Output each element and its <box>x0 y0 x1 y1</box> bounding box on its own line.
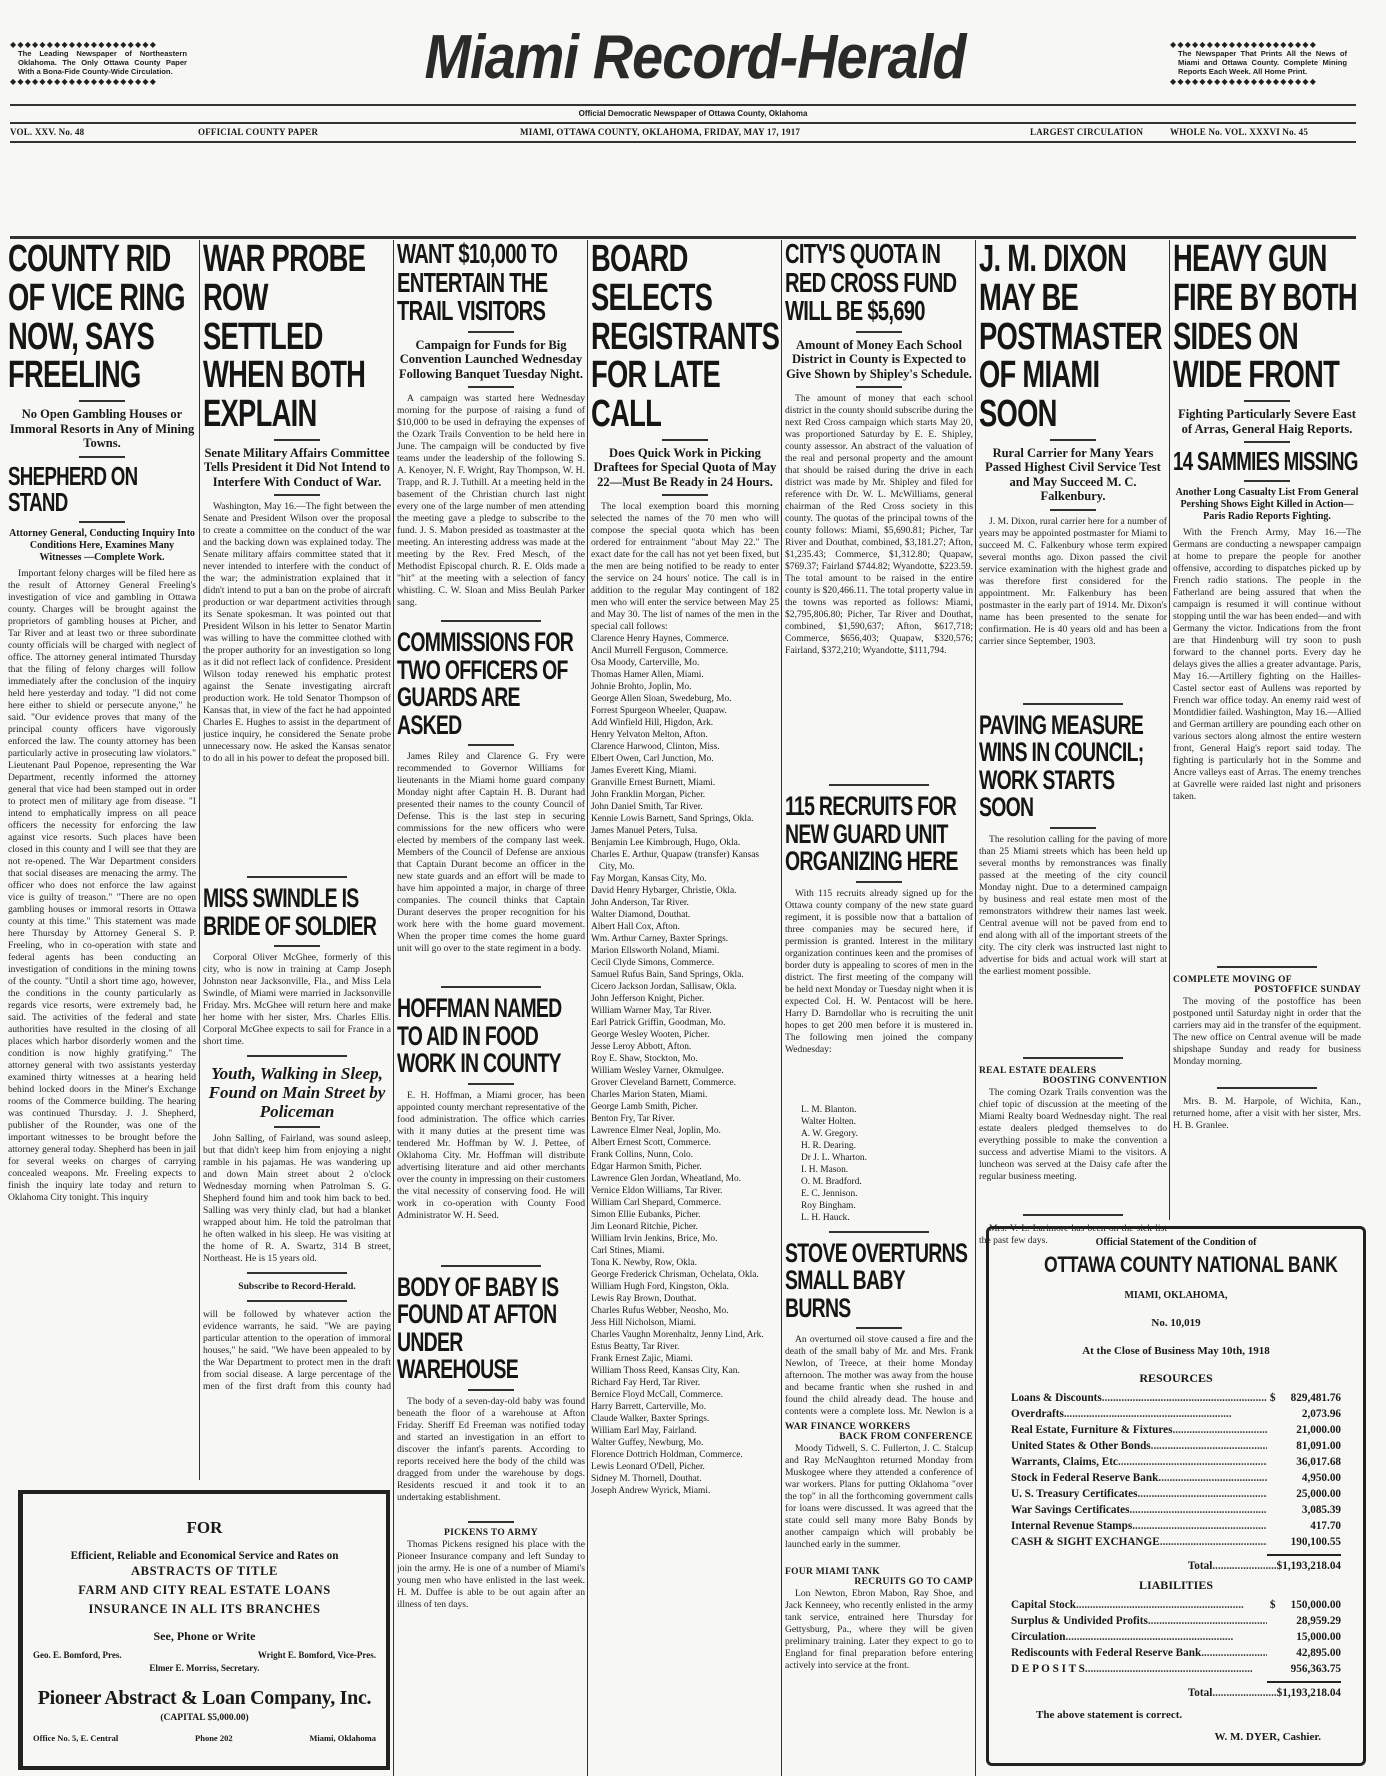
row-currency <box>1267 1613 1275 1629</box>
article-body: J. M. Dixon, rural carrier here for a nu… <box>979 516 1167 696</box>
subhead-line: Recruits Go to Camp <box>785 1577 973 1587</box>
article-body: With the French Army, May 16.—The German… <box>1173 527 1361 959</box>
list-item: William Earl May, Fairland. <box>591 1425 779 1437</box>
deck: No Open Gambling Houses or Immoral Resor… <box>8 407 196 451</box>
headline: Heavy Gun Fire by Both Sides on Wide Fro… <box>1173 240 1362 395</box>
paragraph: The resolution calling for the paving of… <box>979 834 1167 978</box>
article-body: The resolution calling for the paving of… <box>979 834 1167 1050</box>
divider <box>1217 1087 1317 1089</box>
list-item: Frank Ernest Zajic, Miami. <box>591 1353 779 1365</box>
list-item: William Wesley Varner, Okmulgee. <box>591 1065 779 1077</box>
list-item: O. M. Bradford. <box>801 1176 973 1188</box>
row-label: U. S. Treasury Certificates.............… <box>1011 1486 1267 1502</box>
list-item: L. H. Hauck. <box>801 1212 973 1224</box>
row-label: Surplus & Undivided Profits.............… <box>1011 1613 1267 1629</box>
subheadline: Shepherd on Stand <box>8 463 197 516</box>
list-item: Albert Ernest Scott, Commerce. <box>591 1137 779 1149</box>
deck: Attorney General, Conducting Inquiry Int… <box>8 528 196 564</box>
divider <box>829 784 929 786</box>
column-rule <box>1169 240 1170 1220</box>
liabilities-total: Total.......................$1,193,218.0… <box>1011 1687 1341 1699</box>
subheadline: 14 Sammies Missing <box>1173 448 1362 475</box>
divider <box>274 945 320 947</box>
article-body: The body of a seven-day-old baby was fou… <box>397 1396 585 1516</box>
row-label: Circulation.............................… <box>1011 1629 1267 1645</box>
bank-statement: Official Statement of the Condition of O… <box>986 1226 1366 1766</box>
deck: Does Quick Work in Picking Draftees for … <box>591 446 779 490</box>
diamond-border-icon: ◆◆◆◆◆◆◆◆◆◆◆◆◆◆◆◆◆◆◆◆ <box>10 77 195 86</box>
row-currency <box>1267 1406 1275 1422</box>
deck: Amount of Money Each School District in … <box>785 338 973 382</box>
divider <box>10 122 1356 124</box>
divider <box>856 386 902 388</box>
statement-row: Surplus & Undivided Profits.............… <box>1011 1613 1341 1629</box>
statement-row: U. S. Treasury Certificates.............… <box>1011 1486 1341 1502</box>
pioneer-abstract-ad: FOR Efficient, Reliable and Economical S… <box>18 1490 390 1770</box>
list-item: Ancil Murrell Ferguson, Commerce. <box>591 645 779 657</box>
paragraph: Important felony charges will be filed h… <box>8 568 196 1204</box>
leader-dots: ....................... <box>1212 1687 1276 1699</box>
row-label: United States & Other Bonds.............… <box>1011 1438 1267 1454</box>
divider <box>247 1055 347 1057</box>
row-value: 28,959.29 <box>1275 1613 1341 1629</box>
list-item: Bernice Floyd McCall, Commerce. <box>591 1389 779 1401</box>
paragraph: The amount of money that each school dis… <box>785 393 973 657</box>
list-item: L. M. Blanton. <box>801 1104 973 1116</box>
row-label: Internal Revenue Stamps.................… <box>1011 1518 1267 1534</box>
paragraph: Thomas Pickens resigned his place with t… <box>397 1539 585 1611</box>
deck: Fighting Particularly Severe East of Arr… <box>1173 407 1361 436</box>
bank-location: MIAMI, OKLAHOMA, <box>1011 1290 1341 1301</box>
article-body: Corporal Oliver McGhee, formerly of this… <box>203 952 391 1048</box>
divider <box>247 876 347 878</box>
divider <box>1217 966 1317 968</box>
headline: Board Selects Registrants for Late Call <box>591 240 780 434</box>
masthead: ◆◆◆◆◆◆◆◆◆◆◆◆◆◆◆◆◆◆◆◆ The Leading Newspap… <box>0 0 1386 150</box>
right-ear-box: ◆◆◆◆◆◆◆◆◆◆◆◆◆◆◆◆◆◆◆◆ The Newspaper That … <box>1170 40 1355 86</box>
divider <box>1023 1057 1123 1059</box>
row-value: 25,000.00 <box>1275 1486 1341 1502</box>
divider <box>1267 1681 1341 1683</box>
paragraph: An overturned oil stove caused a fire an… <box>785 1334 973 1418</box>
row-value: 42,895.00 <box>1275 1645 1341 1661</box>
article-board-selects: Board Selects Registrants for Late Call … <box>591 240 779 1633</box>
ad-office: Office No. 5, E. Central <box>33 1733 118 1743</box>
headline: Stove Overturns Small Baby Burns <box>785 1240 974 1323</box>
list-item: Richard Fay Herd, Tar River. <box>591 1377 779 1389</box>
resources-table: Loans & Discounts.......................… <box>1011 1390 1341 1550</box>
divider <box>247 1272 347 1274</box>
list-item: FARM AND CITY REAL ESTATE LOANS <box>31 1581 378 1600</box>
paragraph: The local exemption board this morning s… <box>591 501 779 633</box>
deck: Campaign for Funds for Big Convention La… <box>397 338 585 382</box>
divider <box>468 1521 514 1523</box>
headline: County Rid of Vice Ring Now, Says Freeli… <box>8 240 197 395</box>
headline: City's Quota in Red Cross Fund Will Be $… <box>785 240 974 326</box>
divider <box>441 1265 541 1267</box>
row-currency <box>1267 1518 1275 1534</box>
row-currency <box>1267 1454 1275 1470</box>
statement-row: Overdrafts..............................… <box>1011 1406 1341 1422</box>
subheadline: Complete Moving ofPostoffice Sunday <box>1173 975 1361 995</box>
subheadline: Real Estate DealersBoosting Convention <box>979 1066 1167 1086</box>
column-rule <box>587 240 588 1776</box>
list-item: William Thoss Reed, Kansas City, Kan. <box>591 1365 779 1377</box>
row-currency <box>1267 1486 1275 1502</box>
article-body: With 115 recruits already signed up for … <box>785 888 973 1104</box>
divider <box>10 104 1356 106</box>
list-item: Grover Cleveland Barnett, Commerce. <box>591 1077 779 1089</box>
list-item: Carl Stines, Miami. <box>591 1245 779 1257</box>
divider <box>79 400 125 402</box>
subhead-line: Four Miami Tank <box>785 1567 880 1577</box>
list-item: George Allen Sloan, Swedeburg, Mo. <box>591 693 779 705</box>
list-item: William Hugh Ford, Kingston, Okla. <box>591 1281 779 1293</box>
statement-row: Rediscounts with Federal Reserve Bank...… <box>1011 1645 1341 1661</box>
article-body: The coming Ozark Trails convention was t… <box>979 1087 1167 1207</box>
ad-phone: Phone 202 <box>195 1733 233 1743</box>
list-item: John Anderson, Tar River. <box>591 897 779 909</box>
list-item: Estus Beatty, Tar River. <box>591 1341 779 1353</box>
article-body: Mrs. B. M. Harpole, of Wichita, Kan., re… <box>1173 1096 1361 1132</box>
list-item: A. W. Gregory. <box>801 1128 973 1140</box>
headline: Paving Measure Wins in Council; Work Sta… <box>979 712 1168 822</box>
paragraph: will be followed by whatever action the … <box>203 1309 391 1393</box>
divider <box>829 1231 929 1233</box>
column-rule <box>199 240 200 1480</box>
list-item: Fay Morgan, Kansas City, Mo. <box>591 873 779 885</box>
paragraph: The body of a seven-day-old baby was fou… <box>397 1396 585 1504</box>
headline: War Probe Row Settled When Both Explain <box>203 240 392 434</box>
list-item: William Carl Shepard, Commerce. <box>591 1197 779 1209</box>
largest-circulation: LARGEST CIRCULATION <box>1030 127 1143 137</box>
statement-row: Internal Revenue Stamps.................… <box>1011 1518 1341 1534</box>
subheadline: Four Miami TankRecruits Go to Camp <box>785 1567 973 1587</box>
article-body: A campaign was started here Wednesday mo… <box>397 393 585 613</box>
total-value: $1,193,218.04 <box>1277 1560 1341 1572</box>
divider <box>1244 480 1290 482</box>
list-item: Harry Barrett, Carterville, Mo. <box>591 1401 779 1413</box>
list-item: Vernice Eldon Williams, Tar River. <box>591 1185 779 1197</box>
divider <box>1023 703 1123 705</box>
divider <box>1267 1554 1341 1556</box>
row-currency <box>1267 1645 1275 1661</box>
list-item: Johnie Brohto, Joplin, Mo. <box>591 681 779 693</box>
list-item: Benjamin Lee Kimbrough, Hugo, Okla. <box>591 837 779 849</box>
list-item: H. R. Dearing. <box>801 1140 973 1152</box>
list-item: Samuel Rufus Bain, Sand Springs, Okla. <box>591 969 779 981</box>
subhead-line: Real Estate Dealers <box>979 1066 1096 1076</box>
list-item: Charles Rufus Webber, Neosho, Mo. <box>591 1305 779 1317</box>
banner-wrapper: HINDENBURG ABOUT READY TO OPEN DRIVE <box>0 160 1386 236</box>
column-rule <box>393 240 394 1776</box>
divider <box>274 439 320 441</box>
article-dixon: J. M. Dixon May Be Postmaster of Miami S… <box>979 240 1167 1247</box>
right-ear-text: The Newspaper That Prints All the News o… <box>1170 49 1355 77</box>
row-value: 150,000.00 <box>1275 1597 1341 1613</box>
divider <box>1244 400 1290 402</box>
paragraph: The coming Ozark Trails convention was t… <box>979 1087 1167 1183</box>
headline: Want $10,000 to Entertain the Trail Visi… <box>397 240 586 326</box>
list-item: William Warner May, Tar River. <box>591 1005 779 1017</box>
column-rule <box>975 240 976 1776</box>
article-heavy-gun-fire: Heavy Gun Fire by Both Sides on Wide Fro… <box>1173 240 1361 1132</box>
list-item: Walter Holten. <box>801 1116 973 1128</box>
paragraph: Lon Newton, Ebron Mabon, Ray Shoe, and J… <box>785 1588 973 1672</box>
total-value: $1,193,218.04 <box>1277 1687 1341 1699</box>
row-label: Real Estate, Furniture & Fixtures.......… <box>1011 1422 1267 1438</box>
paragraph: John Salling, of Fairland, was sound asl… <box>203 1133 391 1265</box>
list-item: Tona K. Newby, Row, Okla. <box>591 1257 779 1269</box>
divider <box>468 1389 514 1391</box>
list-item: James Manuel Peters, Tulsa. <box>591 825 779 837</box>
list-item: Cicero Jackson Jordan, Sallisaw, Okla. <box>591 981 779 993</box>
divider <box>247 1300 347 1302</box>
deck: Senate Military Affairs Committee Tells … <box>203 446 391 490</box>
list-item: Albert Hall Cox, Afton. <box>591 921 779 933</box>
bank-intro: Official Statement of the Condition of <box>1011 1237 1341 1248</box>
list-item: Claude Walker, Baxter Springs. <box>591 1413 779 1425</box>
ad-intro: Efficient, Reliable and Economical Servi… <box>31 1550 378 1562</box>
list-item: Walter Guffey, Newburg, Mo. <box>591 1437 779 1449</box>
row-value: 417.70 <box>1275 1518 1341 1534</box>
divider <box>441 986 541 988</box>
divider <box>1050 509 1096 511</box>
row-label: Warrants, Claims, Etc...................… <box>1011 1454 1267 1470</box>
subhead-line: War Finance Workers <box>785 1422 910 1432</box>
row-label: War Savings Certificates................… <box>1011 1502 1267 1518</box>
row-label: CASH & SIGHT EXCHANGE...................… <box>1011 1534 1267 1550</box>
divider <box>79 456 125 458</box>
total-label: Total <box>1188 1560 1212 1572</box>
ad-capital: (CAPITAL $5,000.00) <box>31 1713 378 1723</box>
article-red-cross: City's Quota in Red Cross Fund Will Be $… <box>785 240 973 1684</box>
article-vice-ring: County Rid of Vice Ring Now, Says Freeli… <box>8 240 196 1488</box>
divider <box>1050 439 1096 441</box>
article-body: Thomas Pickens resigned his place with t… <box>397 1539 585 1635</box>
ad-secretary: Elmer E. Morriss, Secretary. <box>31 1663 378 1673</box>
divider <box>856 881 902 883</box>
row-value: 4,950.00 <box>1275 1470 1341 1486</box>
bank-signature: W. M. DYER, Cashier. <box>1011 1731 1341 1743</box>
list-item: Cecil Clyde Simons, Commerce. <box>591 957 779 969</box>
list-item: David Henry Hybarger, Christie, Okla. <box>591 885 779 897</box>
list-item: Forrest Spurgeon Wheeler, Quapaw. <box>591 705 779 717</box>
diamond-border-icon: ◆◆◆◆◆◆◆◆◆◆◆◆◆◆◆◆◆◆◆◆ <box>10 40 195 49</box>
list-item: Clarence Henry Haynes, Commerce. <box>591 633 779 645</box>
ad-officers: Geo. E. Bomford, Pres. Wright E. Bomford… <box>31 1650 378 1660</box>
article-body: The moving of the postoffice has been po… <box>1173 996 1361 1080</box>
total-label: Total <box>1188 1687 1212 1699</box>
date-line: MIAMI, OTTAWA COUNTY, OKLAHOMA, FRIDAY, … <box>520 127 800 137</box>
row-currency <box>1267 1438 1275 1454</box>
subhead-line: Back From Conference <box>785 1432 973 1442</box>
row-label: Overdrafts..............................… <box>1011 1406 1267 1422</box>
divider <box>1023 1214 1123 1216</box>
list-item: George Lamb Smith, Picher. <box>591 1101 779 1113</box>
paragraph: A campaign was started here Wednesday mo… <box>397 393 585 609</box>
row-label: Stock in Federal Reserve Bank...........… <box>1011 1470 1267 1486</box>
resources-total: Total.......................$1,193,218.0… <box>1011 1560 1341 1572</box>
divider <box>274 494 320 496</box>
statement-row: D E P O S I T S.........................… <box>1011 1661 1341 1677</box>
row-label: Capital Stock...........................… <box>1011 1597 1267 1613</box>
row-currency <box>1267 1422 1275 1438</box>
deck: Rural Carrier for Many Years Passed High… <box>979 446 1167 504</box>
row-value: 15,000.00 <box>1275 1629 1341 1645</box>
list-item: John Franklin Morgan, Picher. <box>591 789 779 801</box>
leader-dots: ....................... <box>1212 1560 1276 1572</box>
list-item: Jess Hill Nicholson, Miami. <box>591 1317 779 1329</box>
row-currency <box>1267 1470 1275 1486</box>
article-body: Lon Newton, Ebron Mabon, Ray Shoe, and J… <box>785 1588 973 1684</box>
list-item: Roy Bingham. <box>801 1200 973 1212</box>
list-item: Edgar Harmon Smith, Picher. <box>591 1161 779 1173</box>
row-label: D E P O S I T S.........................… <box>1011 1661 1267 1677</box>
article-trail-visitors: Want $10,000 to Entertain the Trail Visi… <box>397 240 585 1635</box>
subhead-line: Complete Moving of <box>1173 975 1292 985</box>
list-item: William Irvin Jenkins, Brice, Mo. <box>591 1233 779 1245</box>
row-label: Loans & Discounts.......................… <box>1011 1390 1267 1406</box>
list-item: Dr J. L. Wharton. <box>801 1152 973 1164</box>
subscribe-notice: Subscribe to Record-Herald. <box>203 1281 391 1293</box>
list-item: Lawrence Elmer Neal, Joplin, Mo. <box>591 1125 779 1137</box>
row-value: 36,017.68 <box>1275 1454 1341 1470</box>
headline: Miss Swindle Is Bride of Soldier <box>203 885 392 940</box>
row-value: 2,073.96 <box>1275 1406 1341 1422</box>
divider <box>856 1327 902 1329</box>
divider <box>274 1126 320 1128</box>
list-item: John Jefferson Knight, Picher. <box>591 993 779 1005</box>
diamond-border-icon: ◆◆◆◆◆◆◆◆◆◆◆◆◆◆◆◆◆◆◆◆ <box>1170 40 1355 49</box>
recruit-list: L. M. Blanton.Walter Holten.A. W. Gregor… <box>785 1104 973 1224</box>
list-item: Jim Leonard Ritchie, Picher. <box>591 1221 779 1233</box>
list-item: George Wesley Wooten, Picher. <box>591 1029 779 1041</box>
bank-close-date: At the Close of Business May 10th, 1918 <box>1011 1345 1341 1357</box>
statement-row: War Savings Certificates................… <box>1011 1502 1341 1518</box>
list-item: Wm. Arthur Carney, Baxter Springs. <box>591 933 779 945</box>
paragraph: E. H. Hoffman, a Miami grocer, has been … <box>397 1090 585 1222</box>
headline: 115 Recruits for New Guard Unit Organizi… <box>785 793 974 876</box>
ad-see-phone-write: See, Phone or Write <box>31 1629 378 1644</box>
official-county-paper: OFFICIAL COUNTY PAPER <box>198 127 318 137</box>
list-item: Add Winfield Hill, Higdon, Ark. <box>591 717 779 729</box>
list-item: Clarence Harwood, Clinton, Miss. <box>591 741 779 753</box>
list-item: Simon Ellie Eubanks, Picher. <box>591 1209 779 1221</box>
paragraph: Mrs. B. M. Harpole, of Wichita, Kan., re… <box>1173 1096 1361 1132</box>
list-item: Joseph Andrew Wyrick, Miami. <box>591 1485 779 1497</box>
subhead-line: Boosting Convention <box>979 1076 1167 1086</box>
headline: Youth, Walking in Sleep, Found on Main S… <box>203 1064 391 1121</box>
bank-number: No. 10,019 <box>1011 1317 1341 1329</box>
list-item: Roy E. Shaw, Stockton, Mo. <box>591 1053 779 1065</box>
row-value: 956,363.75 <box>1275 1661 1341 1677</box>
article-body: E. H. Hoffman, a Miami grocer, has been … <box>397 1090 585 1258</box>
ad-city: Miami, Oklahoma <box>309 1733 376 1743</box>
list-item: Granville Ernest Burnett, Miami. <box>591 777 779 789</box>
list-item: Benton Fry, Tar River. <box>591 1113 779 1125</box>
list-item: George Frederick Chrisman, Ochelata, Okl… <box>591 1269 779 1281</box>
article-war-probe: War Probe Row Settled When Both Explain … <box>203 240 391 1393</box>
list-item: E. C. Jennison. <box>801 1188 973 1200</box>
bank-attest: The above statement is correct. <box>1011 1709 1341 1721</box>
statement-row: Circulation.............................… <box>1011 1629 1341 1645</box>
list-item: I. H. Mason. <box>801 1164 973 1176</box>
draftee-list: Clarence Henry Haynes, Commerce.Ancil Mu… <box>591 633 779 1633</box>
ad-footer: Office No. 5, E. Central Phone 202 Miami… <box>31 1733 378 1743</box>
divider <box>468 744 514 746</box>
paragraph: With 115 recruits already signed up for … <box>785 888 973 1056</box>
divider <box>441 620 541 622</box>
list-item: ABSTRACTS OF TITLE <box>31 1562 378 1581</box>
row-value: 81,091.00 <box>1275 1438 1341 1454</box>
divider <box>856 331 902 333</box>
headline: Body of Baby Is Found at Afton Under War… <box>397 1274 586 1384</box>
divider <box>468 1083 514 1085</box>
subheadline: Pickens to Army <box>397 1528 585 1538</box>
article-body: The local exemption board this morning s… <box>591 501 779 633</box>
row-currency <box>1267 1661 1275 1677</box>
list-item: Frank Collins, Nunn, Colo. <box>591 1149 779 1161</box>
list-item: Charles E. Arthur, Quapaw (transfer) Kan… <box>591 849 779 873</box>
list-item: Marion Ellsworth Noland, Miami. <box>591 945 779 957</box>
column-rule <box>781 240 782 1776</box>
subheadline: War Finance WorkersBack From Conference <box>785 1422 973 1442</box>
statement-row: Loans & Discounts.......................… <box>1011 1390 1341 1406</box>
list-item: Thomas Hamer Allen, Miami. <box>591 669 779 681</box>
whole-number: WHOLE No. VOL. XXXVI No. 45 <box>1170 127 1308 137</box>
paragraph: Moody Tidwell, S. C. Fullerton, J. C. St… <box>785 1443 973 1551</box>
bank-name: OTTAWA COUNTY NATIONAL BANK <box>1044 1252 1308 1278</box>
list-item: Lewis Leonard O'Dell, Picher. <box>591 1461 779 1473</box>
ad-vice-president: Wright E. Bomford, Vice-Pres. <box>258 1650 376 1660</box>
ad-for: FOR <box>31 1518 378 1538</box>
volume-number: VOL. XXV. No. 48 <box>10 127 84 137</box>
row-label: Rediscounts with Federal Reserve Bank...… <box>1011 1645 1267 1661</box>
paragraph: Corporal Oliver McGhee, formerly of this… <box>203 952 391 1048</box>
paragraph: Washington, May 16.—The fight between th… <box>203 501 391 765</box>
statement-row: Capital Stock...........................… <box>1011 1597 1341 1613</box>
list-item: James Everett King, Miami. <box>591 765 779 777</box>
list-item: Lawrence Glen Jordan, Wheatland, Mo. <box>591 1173 779 1185</box>
article-body: Washington, May 16.—The fight between th… <box>203 501 391 869</box>
divider <box>468 386 514 388</box>
list-item: Charles Vaughn Morenhaltz, Jenny Lind, A… <box>591 1329 779 1341</box>
diamond-border-icon: ◆◆◆◆◆◆◆◆◆◆◆◆◆◆◆◆◆◆◆◆ <box>1170 77 1355 86</box>
statement-row: Stock in Federal Reserve Bank...........… <box>1011 1470 1341 1486</box>
divider <box>10 141 1356 143</box>
official-line: Official Democratic Newspaper of Ottawa … <box>0 109 1386 118</box>
headline: Commissions for Two Officers of Guards A… <box>397 629 586 739</box>
row-currency <box>1267 1534 1275 1550</box>
list-item: Florence Dottrich Holdman, Commerce. <box>591 1449 779 1461</box>
ad-services: ABSTRACTS OF TITLEFARM AND CITY REAL EST… <box>31 1562 378 1619</box>
row-value: 190,100.55 <box>1275 1534 1341 1550</box>
list-item: Sidney M. Thornell, Douthat. <box>591 1473 779 1485</box>
list-item: Elbert Owen, Carl Junction, Mo. <box>591 753 779 765</box>
list-item: Henry Yelvaton Melton, Afton. <box>591 729 779 741</box>
article-body: Important felony charges will be filed h… <box>8 568 196 1488</box>
liabilities-table: Capital Stock...........................… <box>1011 1597 1341 1677</box>
subhead-line: Postoffice Sunday <box>1173 985 1361 995</box>
headline: J. M. Dixon May Be Postmaster of Miami S… <box>979 240 1168 434</box>
ad-president: Geo. E. Bomford, Pres. <box>33 1650 122 1660</box>
row-value: 21,000.00 <box>1275 1422 1341 1438</box>
row-currency: $ <box>1267 1597 1275 1613</box>
paragraph: James Riley and Clarence G. Fry were rec… <box>397 751 585 955</box>
row-value: 3,085.39 <box>1275 1502 1341 1518</box>
list-item: Lewis Ray Brown, Douthat. <box>591 1293 779 1305</box>
